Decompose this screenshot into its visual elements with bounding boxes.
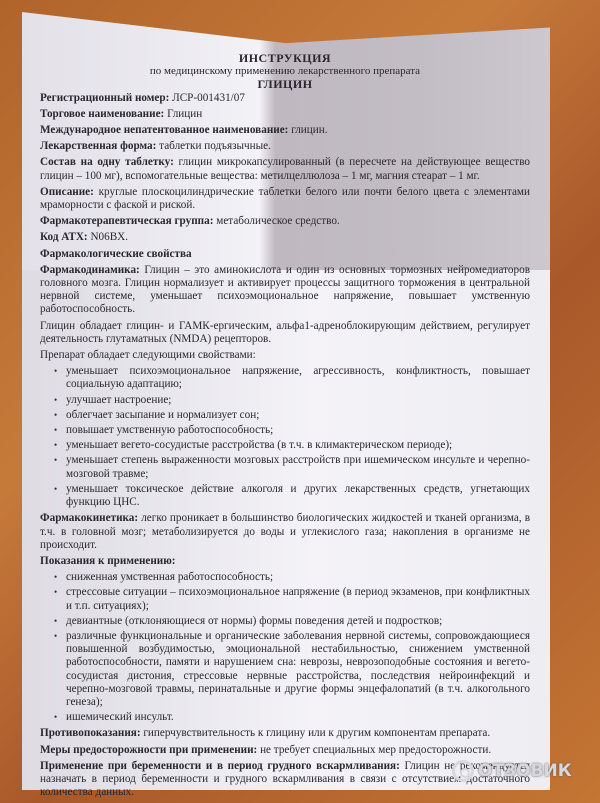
field-row: Лекарственная форма: таблетки подъязычны… xyxy=(40,140,530,153)
pharmacokinetics: Фармакокинетика: легко проникает в больш… xyxy=(40,512,530,552)
glycine-action: Глицин обладает глицин- и ГАМК-ергически… xyxy=(40,320,530,346)
properties-list: уменьшает психоэмоциональное напряжение,… xyxy=(40,365,530,509)
field-row: Описание: круглые плоскоцилиндрические т… xyxy=(40,186,530,212)
precautions: Меры предосторожности при применении: не… xyxy=(40,744,530,757)
doc-title: ИНСТРУКЦИЯ xyxy=(40,52,530,65)
leaflet-content: ИНСТРУКЦИЯ по медицинскому применению ле… xyxy=(40,52,530,802)
otzovik-logo-icon xyxy=(452,760,474,782)
property-item: уменьшает вегето-сосудистые расстройства… xyxy=(66,439,530,452)
property-item: улучшает настроение; xyxy=(66,394,530,407)
field-list: Регистрационный номер: ЛСР-001431/07Торг… xyxy=(40,92,530,245)
field-row: Фармакотерапевтическая группа: метаболич… xyxy=(40,215,530,228)
indications-heading: Показания к применению: xyxy=(40,555,530,568)
property-item: повышает умственную работоспособность; xyxy=(66,424,530,437)
drug-name: ГЛИЦИН xyxy=(40,78,530,91)
field-row: Код АТХ: N06BX. xyxy=(40,231,530,244)
property-item: уменьшает психоэмоциональное напряжение,… xyxy=(66,365,530,391)
properties-intro: Препарат обладает следующими свойствами: xyxy=(40,349,530,362)
pharm-properties-heading: Фармакологические свойства xyxy=(40,248,530,261)
indication-item: ишемический инсульт. xyxy=(66,711,530,724)
field-row: Состав на одну таблетку: глицин микрокап… xyxy=(40,156,530,182)
indication-item: стрессовые ситуации – психоэмоциональное… xyxy=(66,586,530,612)
property-item: облегчает засыпание и нормализует сон; xyxy=(66,409,530,422)
contraindications: Противопоказания: гиперчувствительность … xyxy=(40,727,530,740)
indication-item: сниженная умственная работоспособность; xyxy=(66,571,530,584)
property-item: уменьшает токсическое действие алкоголя … xyxy=(66,483,530,509)
field-row: Торговое наименование: Глицин xyxy=(40,108,530,121)
field-row: Регистрационный номер: ЛСР-001431/07 xyxy=(40,92,530,105)
property-item: уменьшает степень выраженности мозговых … xyxy=(66,454,530,480)
watermark-text: ОТЗОВИК xyxy=(478,761,572,781)
otzovik-watermark: ОТЗОВИК xyxy=(452,760,572,782)
pharmacodynamics: Фармакодинамика: Глицин – это аминокисло… xyxy=(40,264,530,317)
field-row: Международное непатентованное наименован… xyxy=(40,124,530,137)
indication-item: различные функциональные и органические … xyxy=(66,630,530,709)
indication-item: девиантные (отклоняющиеся от нормы) форм… xyxy=(66,615,530,628)
indications-list: сниженная умственная работоспособность;с… xyxy=(40,571,530,724)
